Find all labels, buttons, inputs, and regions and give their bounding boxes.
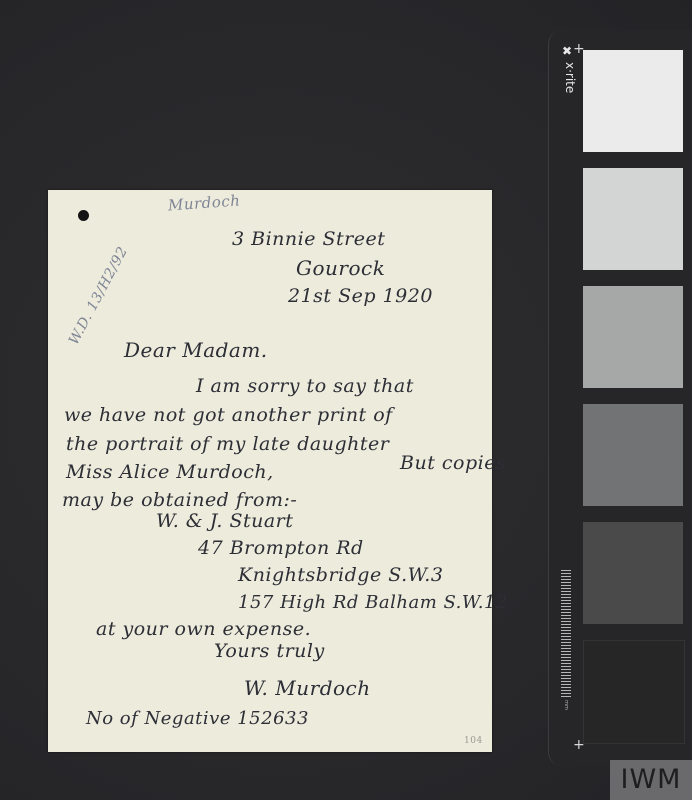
swatch-white [583, 50, 683, 152]
body-line: the portrait of my late daughter [66, 433, 389, 455]
iwm-watermark: IWM [610, 760, 692, 800]
swatch-dark-gray [583, 522, 683, 624]
closing: Yours truly [214, 640, 325, 662]
brand-label: x·rite [563, 62, 577, 93]
body-line: may be obtained from:- [62, 489, 297, 511]
letter-paper: Murdoch W.D. 13/H2/92 3 Binnie Street Go… [48, 190, 492, 752]
swatch-mid-light-gray [583, 286, 683, 388]
color-calibration-card: ✖ x·rite + mm + [548, 30, 692, 766]
x-rite-logo-icon: ✖ [560, 44, 574, 58]
supplier-branch: 157 High Rd Balham S.W.12 [238, 592, 508, 613]
measurement-ruler [561, 570, 571, 698]
archival-name-annotation: Murdoch [167, 191, 240, 214]
body-line: Miss Alice Murdoch, [66, 461, 274, 483]
swatch-mid-gray [583, 404, 683, 506]
sender-address-town: Gourock [296, 256, 385, 280]
page-number: 104 [464, 736, 483, 746]
supplier-district: Knightsbridge S.W.3 [238, 564, 443, 586]
expense-line: at your own expense. [96, 618, 311, 640]
sender-address-street: 3 Binnie Street [232, 228, 385, 250]
swatch-black [583, 640, 685, 744]
archival-reference-number: W.D. 13/H2/92 [66, 244, 131, 347]
swatch-light-gray [583, 168, 683, 270]
letter-date: 21st Sep 1920 [288, 285, 433, 307]
negative-number-note: No of Negative 152633 [86, 708, 309, 729]
supplier-name: W. & J. Stuart [156, 510, 293, 532]
body-line: I am sorry to say that [196, 375, 414, 397]
salutation: Dear Madam. [124, 338, 268, 362]
signature: W. Murdoch [244, 676, 371, 700]
supplier-street: 47 Brompton Rd [198, 537, 364, 559]
punch-hole [78, 210, 89, 221]
ruler-unit-label: mm [563, 700, 569, 710]
body-line: we have not got another print of [64, 404, 393, 426]
body-aside: But copies [400, 452, 506, 474]
crosshair-icon: + [573, 738, 585, 752]
